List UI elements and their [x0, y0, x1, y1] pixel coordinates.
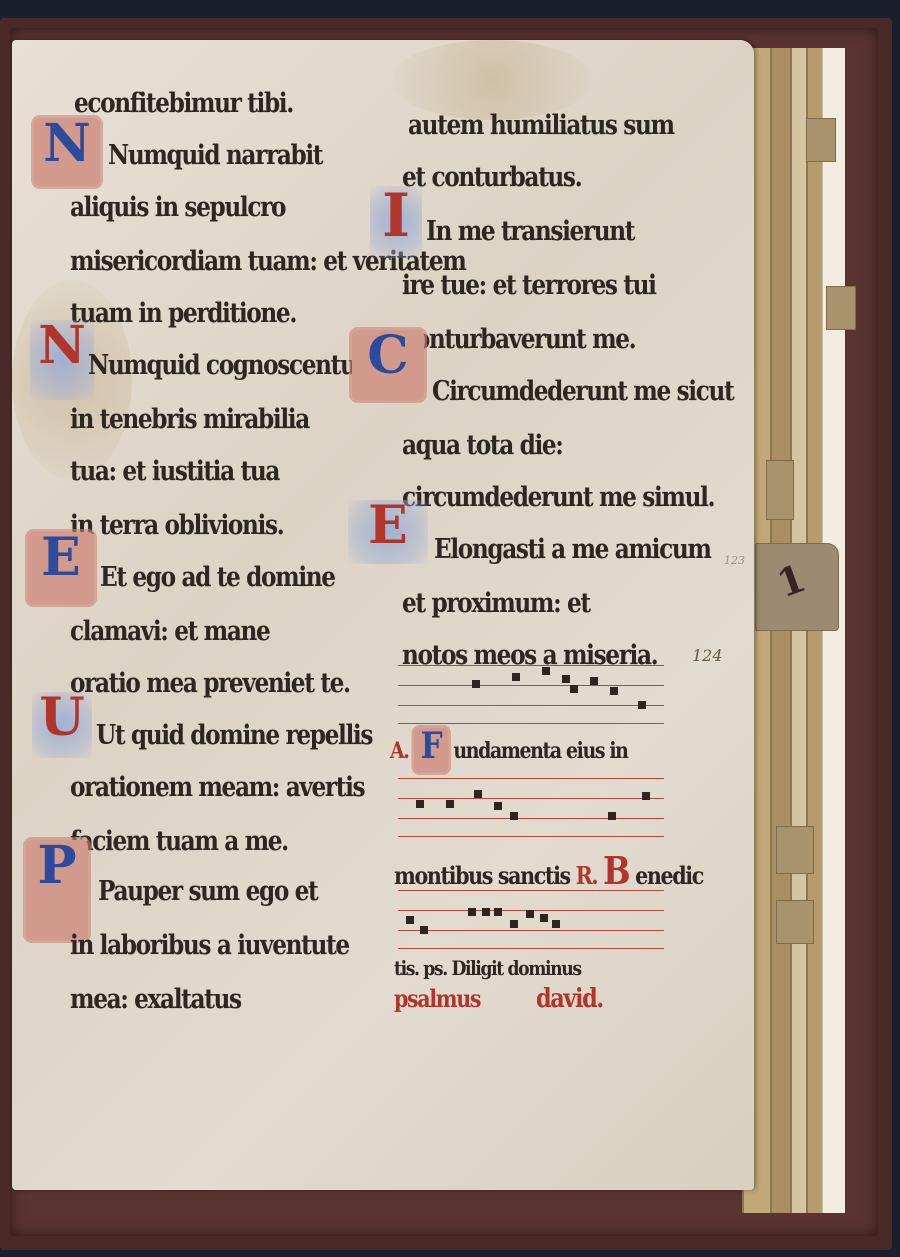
repair-tab [776, 900, 814, 944]
text-line: in laboribus a iuventute [70, 930, 349, 961]
text-line: Numquid cognoscentur [88, 350, 366, 381]
text-line: In me transierunt [426, 216, 634, 247]
text-line: circumdederunt me simul. [402, 482, 714, 513]
text-line: oratio mea preveniet te. [70, 668, 350, 699]
repair-tab [826, 286, 856, 330]
text-line: Pauper sum ego et [98, 876, 317, 907]
text-line: orationem meam: avertis [70, 772, 364, 803]
initial-b: B [603, 848, 629, 893]
text-line: et conturbatus. [402, 162, 581, 193]
text-line: autem humiliatus sum [408, 110, 674, 141]
repair-tab [776, 826, 814, 874]
chant-text-line: montibus sanctis R. B enedic [394, 848, 703, 893]
text-line: faciem tuam a me. [70, 826, 288, 857]
water-stain [392, 40, 592, 120]
music-staff [398, 778, 664, 838]
initial-n: N [30, 320, 94, 400]
manuscript-page: econfitebimur tibi. N Numquid narrabit a… [12, 40, 754, 1190]
section-tab[interactable]: 1 [755, 543, 839, 631]
text-line: in tenebris mirabilia [70, 404, 309, 435]
tab-label: 1 [771, 555, 811, 606]
text-line: in terra oblivionis. [70, 510, 283, 541]
chant-text: montibus sanctis [394, 861, 570, 890]
folio-number: 124 [692, 646, 723, 665]
text-line: mea: exaltatus [70, 984, 241, 1015]
text-line: Et ego ad te domine [100, 562, 335, 593]
chant-text: undamenta eius in [453, 738, 627, 764]
initial-i: I [370, 186, 422, 258]
initial-e: E [348, 500, 428, 564]
text-line: aqua tota die: [402, 430, 563, 461]
text-line: et proximum: et [402, 588, 590, 619]
text-line: Ut quid domine repellis [96, 720, 372, 751]
text-line: Numquid narrabit [108, 140, 322, 171]
text-line: conturbaverunt me. [402, 324, 635, 355]
music-staff [398, 890, 664, 950]
illuminated-initial-c: C [352, 330, 424, 400]
illuminated-initial-n: N [34, 118, 100, 186]
repair-tab [806, 118, 836, 162]
rubric-antiphon: A. [390, 738, 409, 764]
text-line: tuam in perditione. [70, 298, 296, 329]
music-staff [398, 665, 664, 725]
faint-folio-mark: 123 [724, 554, 745, 567]
repair-tab [766, 460, 794, 520]
text-line: econfitebimur tibi. [74, 88, 293, 119]
chant-text: enedic [635, 861, 703, 890]
chant-text-line: tis. ps. Diligit dominus [394, 956, 581, 980]
text-line: tua: et iustitia tua [70, 456, 279, 487]
illuminated-initial-f: F [414, 728, 448, 772]
text-line: Elongasti a me amicum [434, 534, 711, 565]
rubric-psalmus: psalmus [394, 984, 480, 1013]
text-line: ire tue: et terrores tui [402, 270, 656, 301]
text-line: aliquis in sepulcro [70, 192, 285, 223]
initial-u: U [32, 692, 92, 758]
text-line: Circumdederunt me sicut [432, 376, 733, 407]
text-line: clamavi: et mane [70, 616, 269, 647]
illuminated-initial-p: P [26, 840, 88, 940]
chant-text-line: A. F undamenta eius in [390, 728, 628, 772]
rubric-responsory: R. [576, 861, 598, 890]
rubric-david: david. [536, 984, 603, 1014]
illuminated-initial-e: E [28, 532, 94, 604]
